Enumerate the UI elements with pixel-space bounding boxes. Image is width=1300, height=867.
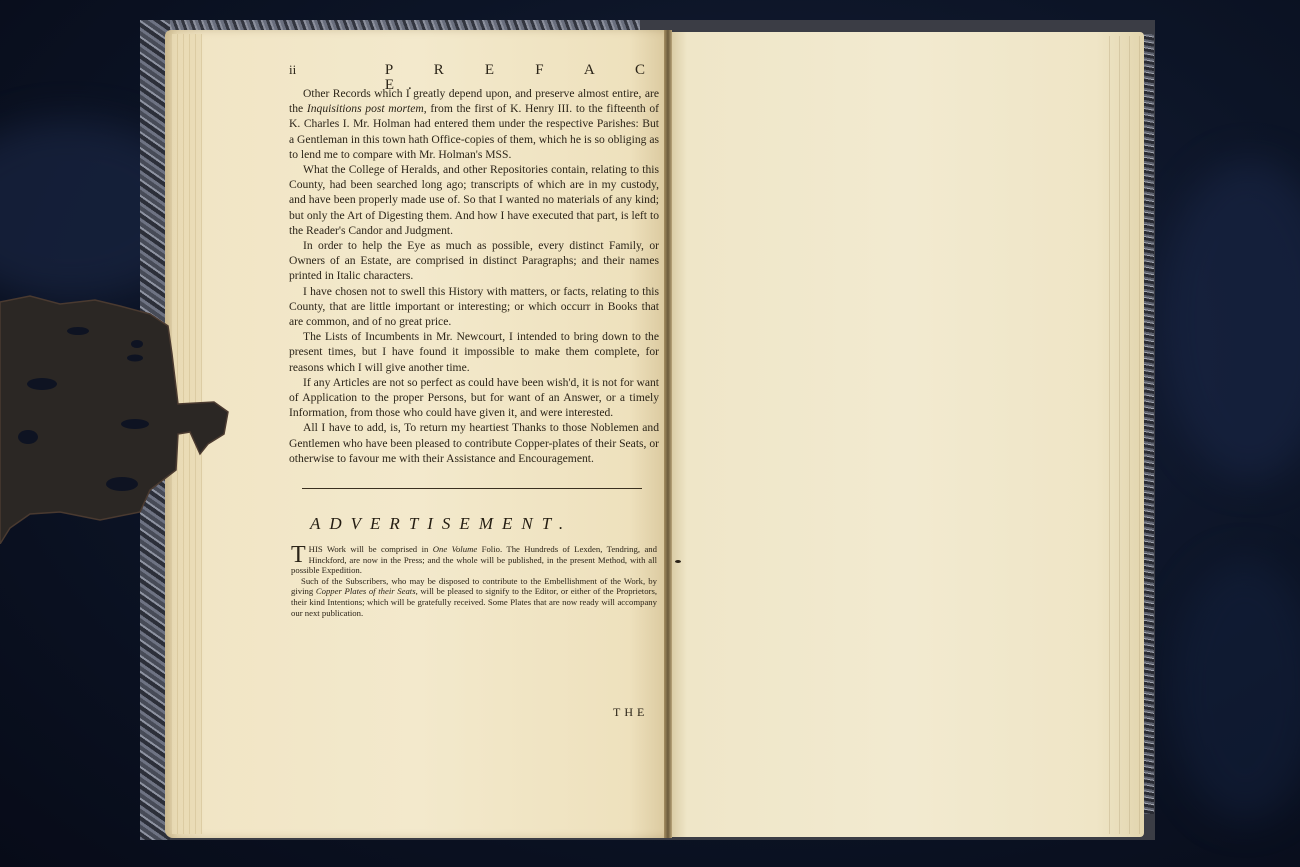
advertisement-text: THIS Work will be comprised in One Volum… — [291, 544, 657, 618]
right-page-edge — [1100, 36, 1140, 834]
preface-paragraph: The Lists of Incumbents in Mr. Newcourt,… — [289, 329, 659, 375]
preface-paragraph: All I have to add, is, To return my hear… — [289, 420, 659, 466]
preface-paragraph: If any Articles are not so perfect as co… — [289, 375, 659, 421]
drop-cap: T — [291, 545, 306, 565]
preface-paragraph: In order to help the Eye as much as poss… — [289, 238, 659, 284]
preface-paragraph: What the College of Heralds, and other R… — [289, 162, 659, 238]
page-number: ii — [289, 62, 385, 77]
right-page — [668, 32, 1144, 837]
spine-mark — [675, 560, 681, 563]
preface-text: ii P R E F A C E. Other Records which I … — [289, 62, 659, 466]
book-weight-icon — [0, 294, 232, 544]
section-divider-rule — [302, 488, 642, 489]
catchword: THE — [613, 705, 648, 720]
cloth-fold — [1160, 160, 1300, 480]
cloth-fold — [1170, 560, 1300, 820]
preface-paragraph: I have chosen not to swell this History … — [289, 284, 659, 330]
preface-paragraph: Other Records which I greatly depend upo… — [289, 86, 659, 162]
advertisement-paragraph: THIS Work will be comprised in One Volum… — [291, 544, 657, 576]
running-head: ii P R E F A C E. — [289, 62, 659, 86]
advertisement-paragraph: Such of the Subscribers, who may be disp… — [291, 576, 657, 618]
advertisement-title: ADVERTISEMENT. — [310, 514, 650, 534]
book-gutter — [664, 30, 672, 838]
